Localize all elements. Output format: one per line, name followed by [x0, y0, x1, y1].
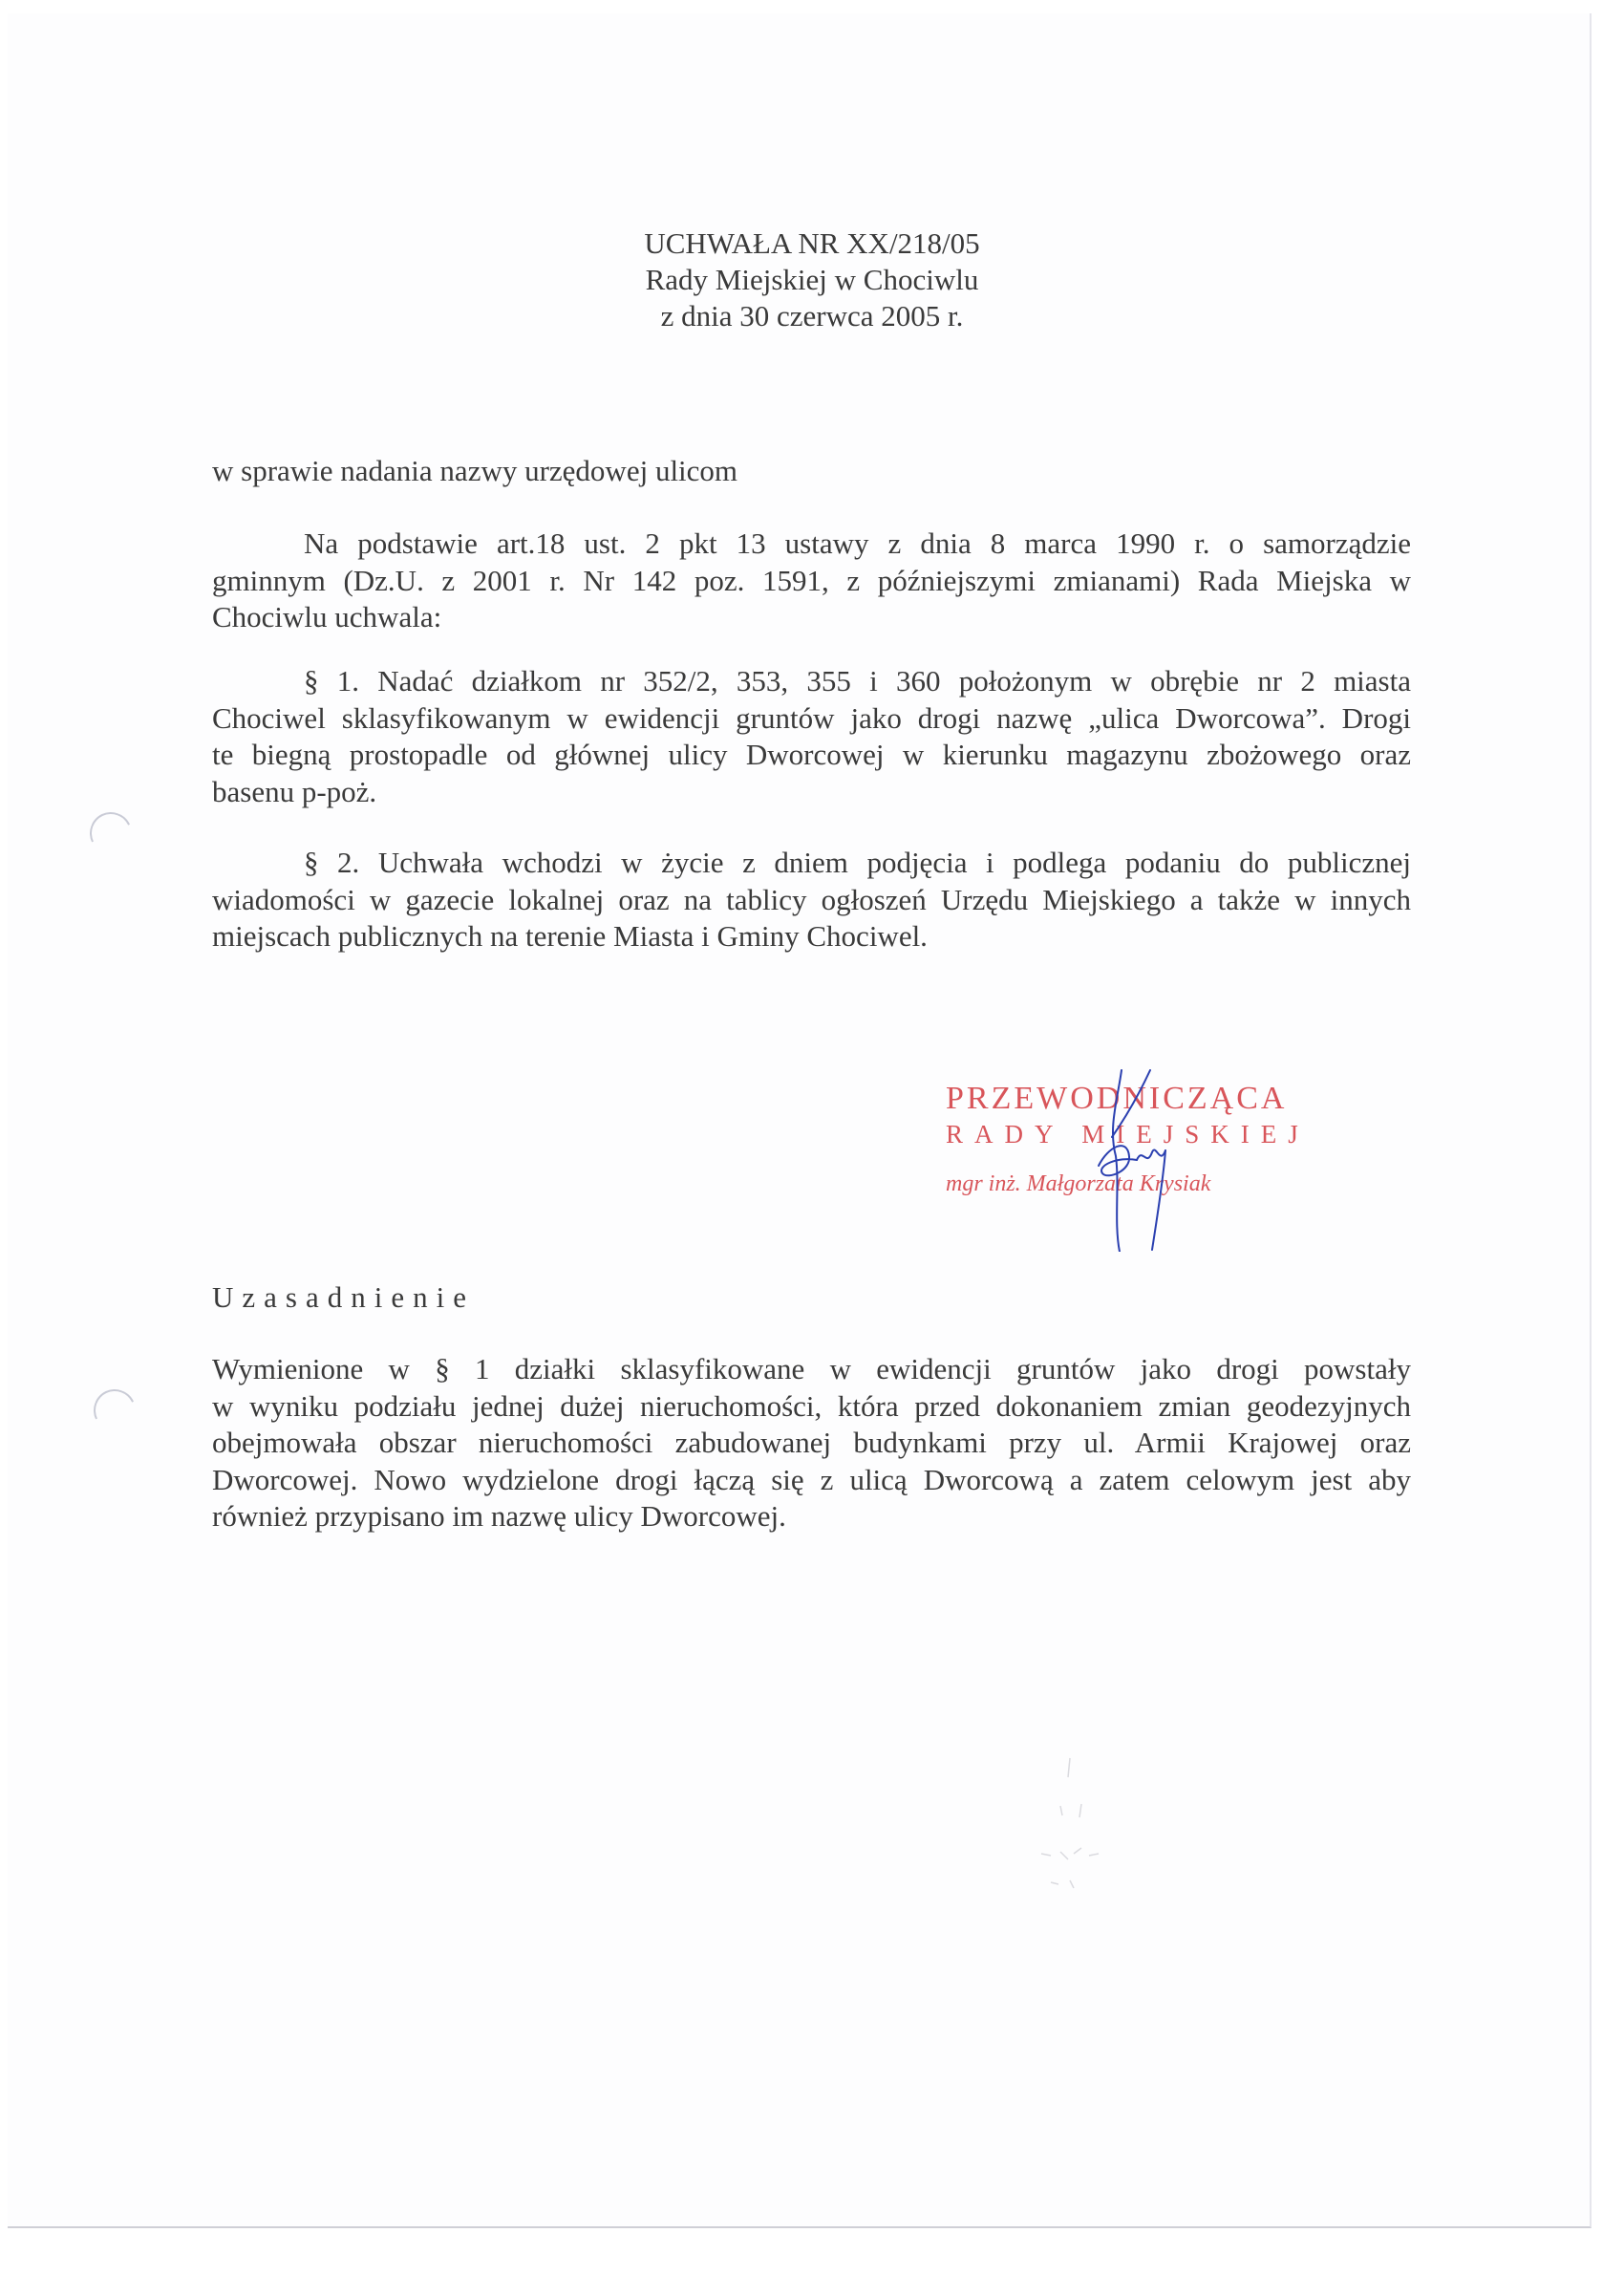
scanned-page — [8, 13, 1592, 2228]
handwritten-signature — [1089, 1061, 1223, 1252]
resolution-date: z dnia 30 czerwca 2005 r. — [0, 298, 1624, 334]
text-line: te biegną prostopadle od głównej ulicy D… — [212, 737, 1411, 774]
preamble-paragraph: Na podstawie art.18 ust. 2 pkt 13 ustawy… — [212, 526, 1411, 636]
text-line: Chociwel sklasyfikowanym w ewidencji gru… — [212, 700, 1411, 738]
justification-heading: Uzasadnienie — [212, 1280, 475, 1315]
text-line: miejscach publicznych na terenie Miasta … — [212, 918, 1411, 955]
text-line: Dworcowej. Nowo wydzielone drogi łączą s… — [212, 1462, 1411, 1499]
section-1-paragraph: § 1. Nadać działkom nr 352/2, 353, 355 i… — [212, 663, 1411, 810]
text-line: Chociwlu uchwala: — [212, 599, 1411, 636]
text-line: gminnym (Dz.U. z 2001 r. Nr 142 poz. 159… — [212, 563, 1411, 600]
text-line: obejmowała obszar nieruchomości zabudowa… — [212, 1425, 1411, 1462]
text-line: Na podstawie art.18 ust. 2 pkt 13 ustawy… — [212, 526, 1411, 563]
resolution-number: UCHWAŁA NR XX/218/05 — [0, 225, 1624, 262]
justification-paragraph: Wymienione w § 1 działki sklasyfikowane … — [212, 1351, 1411, 1535]
text-line: § 2. Uchwała wchodzi w życie z dniem pod… — [212, 845, 1411, 882]
issuing-body: Rady Miejskiej w Chociwlu — [0, 262, 1624, 298]
section-2-paragraph: § 2. Uchwała wchodzi w życie z dniem pod… — [212, 845, 1411, 955]
text-line: również przypisano im nazwę ulicy Dworco… — [212, 1498, 1411, 1535]
punch-hole-mark — [88, 1384, 141, 1437]
text-line: basenu p-poż. — [212, 774, 1411, 811]
text-line: wiadomości w gazecie lokalnej oraz na ta… — [212, 882, 1411, 919]
resolution-subject: w sprawie nadania nazwy urzędowej ulicom — [212, 453, 737, 489]
punch-hole-mark — [84, 806, 138, 860]
text-line: Wymienione w § 1 działki sklasyfikowane … — [212, 1351, 1411, 1388]
text-line: w wyniku podziału jednej dużej nieruchom… — [212, 1388, 1411, 1426]
text-line: § 1. Nadać działkom nr 352/2, 353, 355 i… — [212, 663, 1411, 700]
faint-bleed-through-marks — [1013, 1749, 1127, 1911]
resolution-header: UCHWAŁA NR XX/218/05 Rady Miejskiej w Ch… — [0, 225, 1624, 334]
